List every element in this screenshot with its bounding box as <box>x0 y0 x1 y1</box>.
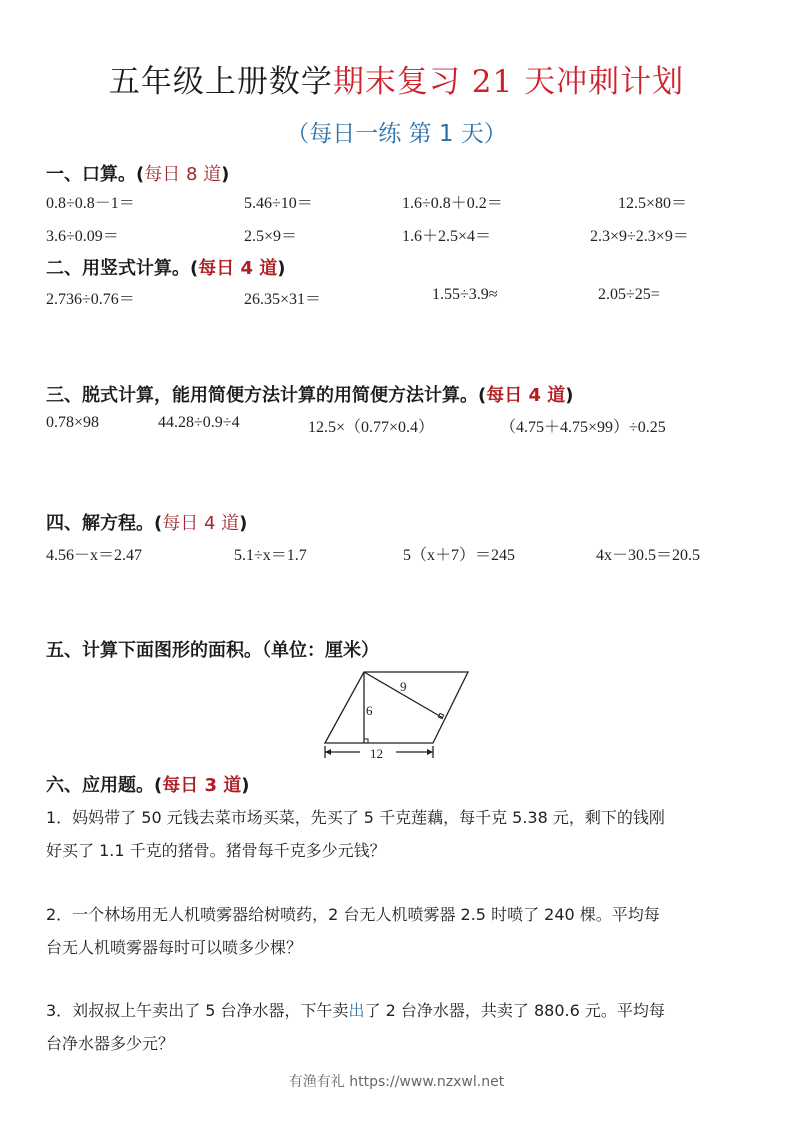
page-subtitle: （每日一练 第 1 天） <box>0 115 793 148</box>
svg-text:9: 9 <box>400 679 407 694</box>
title-red: 期末复习 21 天冲刺计划 <box>333 64 684 100</box>
problem: 2.3×9÷2.3×9＝ <box>590 223 689 246</box>
section-2-heading: 二、用竖式计算。(每日 4 道) <box>46 254 286 280</box>
problem: 4x－30.5＝20.5 <box>596 542 700 565</box>
parallelogram-figure: 6 9 12 <box>318 668 478 763</box>
problem: 12.5×（0.77×0.4） <box>308 414 434 437</box>
problem: 5.46÷10＝ <box>244 190 313 213</box>
problem: 4.56－x＝2.47 <box>46 542 142 565</box>
section-5-heading: 五、计算下面图形的面积。（单位：厘米） <box>46 636 379 662</box>
problem: 3.6÷0.09＝ <box>46 223 119 246</box>
problem: 26.35×31＝ <box>244 286 321 309</box>
title-black: 五年级上册数学 <box>109 64 333 100</box>
section-1-heading: 一、口算。(每日 8 道) <box>46 160 229 186</box>
word-problem-1-line1: 1．妈妈带了 50 元钱去菜市场买菜，先买了 5 千克莲藕，每千克 5.38 元… <box>46 805 665 828</box>
page-title: 五年级上册数学期末复习 21 天冲刺计划 <box>0 56 793 101</box>
footer-watermark: 有渔有礼 https://www.nzxwl.net <box>0 1071 793 1091</box>
section-4-heading: 四、解方程。(每日 4 道) <box>46 509 247 535</box>
problem: 1.6÷0.8＋0.2＝ <box>402 190 503 213</box>
svg-text:12: 12 <box>370 746 383 761</box>
section-6-heading: 六、应用题。(每日 3 道) <box>46 771 250 797</box>
problem: 5（x＋7）＝245 <box>403 542 515 565</box>
word-problem-3-line2: 台净水器多少元？ <box>46 1031 174 1054</box>
problem: 0.78×98 <box>46 414 99 432</box>
word-problem-2-line2: 台无人机喷雾器每时可以喷多少棵？ <box>46 935 302 958</box>
problem: 1.6＋2.5×4＝ <box>402 223 491 246</box>
svg-text:6: 6 <box>366 703 373 718</box>
section-3-heading: 三、脱式计算，能用简便方法计算的用简便方法计算。(每日 4 道) <box>46 381 574 407</box>
word-problem-1-line2: 好买了 1.1 千克的猪骨。猪骨每千克多少元钱？ <box>46 838 386 861</box>
problem: 44.28÷0.9÷4 <box>158 414 240 432</box>
problem: 5.1÷x＝1.7 <box>234 542 307 565</box>
problem: （4.75＋4.75×99）÷0.25 <box>500 414 666 437</box>
problem: 0.8÷0.8－1＝ <box>46 190 135 213</box>
problem: 2.05÷25= <box>598 286 660 304</box>
problem: 1.55÷3.9≈ <box>432 286 498 304</box>
word-problem-2-line1: 2．一个林场用无人机喷雾器给树喷药，2 台无人机喷雾器 2.5 时喷了 240 … <box>46 902 660 925</box>
word-problem-3-line1: 3．刘叔叔上午卖出了 5 台净水器，下午卖出了 2 台净水器，共卖了 880.6… <box>46 998 665 1021</box>
problem: 2.736÷0.76＝ <box>46 286 135 309</box>
problem: 12.5×80＝ <box>618 190 687 213</box>
problem: 2.5×9＝ <box>244 223 297 246</box>
